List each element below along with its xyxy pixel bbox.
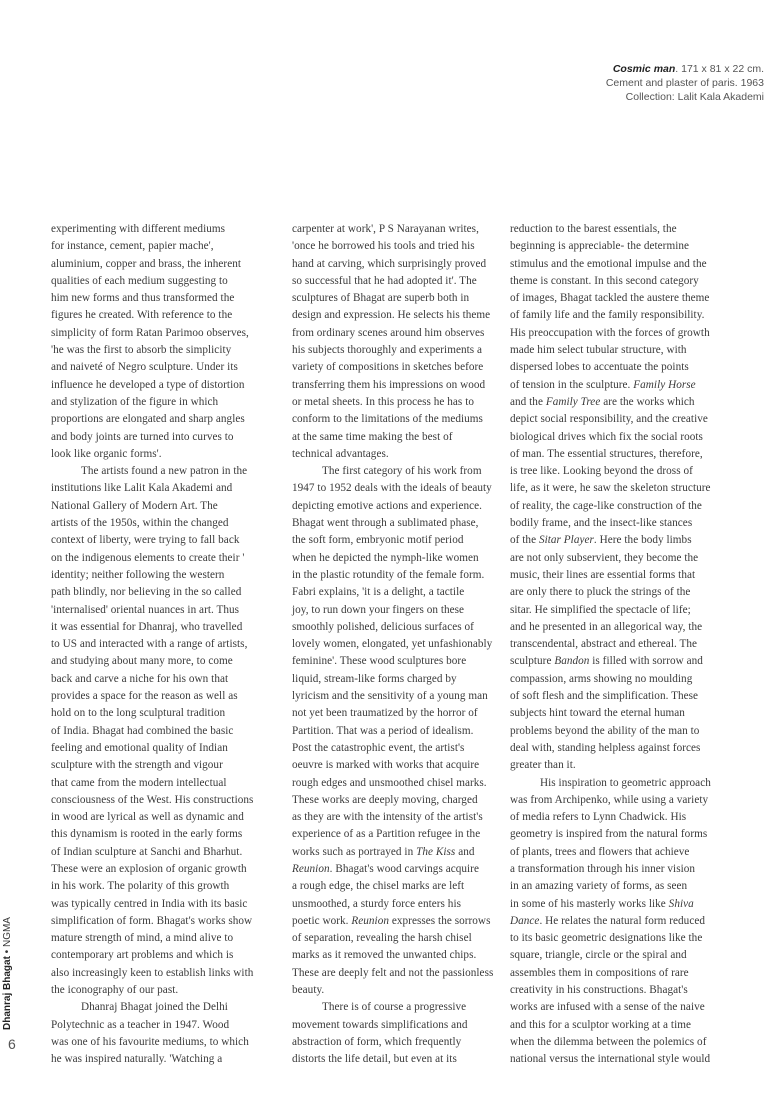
text-line: it was essential for Dhanraj, who travel… xyxy=(51,619,279,636)
text-line: of family life and the family responsibi… xyxy=(510,307,760,324)
text-line: His inspiration to geometric approach xyxy=(510,775,760,792)
text-line: problems beyond the ability of the man t… xyxy=(510,723,760,740)
text-line: figures he created. With reference to th… xyxy=(51,307,279,324)
text-line: carpenter at work', P S Narayanan writes… xyxy=(292,221,520,238)
text-line: and the Family Tree are the works which xyxy=(510,394,760,411)
text-line: 'internalised' oriental nuances in art. … xyxy=(51,602,279,619)
text-column-2: carpenter at work', P S Narayanan writes… xyxy=(292,221,520,1069)
text-run: expresses the sorrows xyxy=(389,915,490,927)
text-line: stimulus and the emotional impulse and t… xyxy=(510,256,760,273)
text-line: influence he developed a type of distort… xyxy=(51,377,279,394)
text-run: . He relates the natural form reduced xyxy=(539,915,705,927)
text-line: made him select tubular structure, with xyxy=(510,342,760,359)
text-line: compassion, arms showing no moulding xyxy=(510,671,760,688)
artwork-title-italic: The Kiss xyxy=(416,846,455,858)
text-line: technical advantages. xyxy=(292,446,520,463)
text-line: joy, to run down your fingers on these xyxy=(292,602,520,619)
text-line: when he depicted the nymph-like women xyxy=(292,550,520,567)
text-line: music, their lines are essential forms t… xyxy=(510,567,760,584)
text-line: Fabri explains, 'it is a delight, a tact… xyxy=(292,584,520,601)
text-line: and studying about many more, to come xyxy=(51,653,279,670)
text-line: path blindly, nor believing in the so ca… xyxy=(51,584,279,601)
text-run: and the xyxy=(510,396,546,408)
text-run: of tension in the sculpture. xyxy=(510,379,633,391)
text-line: The artists found a new patron in the xyxy=(51,463,279,480)
text-line: works such as portrayed in The Kiss and xyxy=(292,844,520,861)
text-line: transferring them his impressions on woo… xyxy=(292,377,520,394)
text-line: Post the catastrophic event, the artist'… xyxy=(292,740,520,757)
text-run: . Bhagat's wood carvings acquire xyxy=(330,863,479,875)
text-line: he was inspired naturally. 'Watching a xyxy=(51,1051,279,1068)
text-line: this dynamism is rooted in the early for… xyxy=(51,826,279,843)
artwork-title-italic: Sitar Player xyxy=(539,534,594,546)
text-line: national versus the international style … xyxy=(510,1051,760,1068)
text-line: consciousness of the West. His construct… xyxy=(51,792,279,809)
text-line: at the same time making the best of xyxy=(292,429,520,446)
text-line: bodily frame, and the insect-like stance… xyxy=(510,515,760,532)
text-line: of man. The essential structures, theref… xyxy=(510,446,760,463)
text-line: marks as it removed the unwanted chips. xyxy=(292,947,520,964)
text-column-1: experimenting with different mediumsfor … xyxy=(51,221,279,1069)
artwork-collection: Collection: Lalit Kala Akademi xyxy=(606,90,764,104)
text-line: in the plastic rotundity of the female f… xyxy=(292,567,520,584)
text-line: in an amazing variety of forms, as seen xyxy=(510,878,760,895)
text-line: greater than it. xyxy=(510,757,760,774)
text-line: a rough edge, the chisel marks are left xyxy=(292,878,520,895)
text-line: and body joints are turned into curves t… xyxy=(51,429,279,446)
text-line: assembles them in compositions of rare xyxy=(510,965,760,982)
text-line: beauty. xyxy=(292,982,520,999)
artwork-title-italic: Shiva xyxy=(669,898,694,910)
text-line: design and expression. He selects his th… xyxy=(292,307,520,324)
text-line: rough edges and unsmoothed chisel marks. xyxy=(292,775,520,792)
text-run: works such as portrayed in xyxy=(292,846,416,858)
text-line: in wood are lyrical as well as dynamic a… xyxy=(51,809,279,826)
text-line: oeuvre is marked with works that acquire xyxy=(292,757,520,774)
text-line: These works are deeply moving, charged xyxy=(292,792,520,809)
text-line: in his work. The polarity of this growth xyxy=(51,878,279,895)
text-line: sculpture Bandon is filled with sorrow a… xyxy=(510,653,760,670)
text-line: square, triangle, circle or the spiral a… xyxy=(510,947,760,964)
text-run: sculpture xyxy=(510,655,554,667)
text-line: conform to the limitations of the medium… xyxy=(292,411,520,428)
text-line: 1947 to 1952 deals with the ideals of be… xyxy=(292,480,520,497)
text-line: The first category of his work from xyxy=(292,463,520,480)
text-line: of the Sitar Player. Here the body limbs xyxy=(510,532,760,549)
separator-bullet: • xyxy=(2,947,13,956)
text-line: of tension in the sculpture. Family Hors… xyxy=(510,377,760,394)
text-line: poetic work. Reunion expresses the sorro… xyxy=(292,913,520,930)
text-line: transcendental, abstract and ethereal. T… xyxy=(510,636,760,653)
text-line: distorts the life detail, but even at it… xyxy=(292,1051,520,1068)
text-line: also increasingly keen to establish link… xyxy=(51,965,279,982)
text-line: experimenting with different mediums xyxy=(51,221,279,238)
artwork-title-italic: Family Horse xyxy=(633,379,695,391)
text-line: to its basic geometric designations like… xyxy=(510,930,760,947)
text-line: look like organic forms'. xyxy=(51,446,279,463)
text-line: theme is constant. In this second catego… xyxy=(510,273,760,290)
text-line: experience of as a Partition refugee in … xyxy=(292,826,520,843)
text-line: identity; neither following the western xyxy=(51,567,279,584)
text-line: These were an explosion of organic growt… xyxy=(51,861,279,878)
text-line: back and carve a niche for his own that xyxy=(51,671,279,688)
text-line: is tree like. Looking beyond the dross o… xyxy=(510,463,760,480)
text-line: depict social responsibility, and the cr… xyxy=(510,411,760,428)
text-line: him new forms and thus transformed the xyxy=(51,290,279,307)
artwork-dimensions: . 171 x 81 x 22 cm. xyxy=(675,63,764,75)
text-line: proportions are elongated and sharp angl… xyxy=(51,411,279,428)
text-line: His preoccupation with the forces of gro… xyxy=(510,325,760,342)
artwork-title-italic: Reunion xyxy=(351,915,389,927)
text-line: of media refers to Lynn Chadwick. His xyxy=(510,809,760,826)
text-run: poetic work. xyxy=(292,915,351,927)
text-line: There is of course a progressive xyxy=(292,999,520,1016)
text-run: is filled with sorrow and xyxy=(589,655,702,667)
text-line: lovely women, elongated, yet unfashionab… xyxy=(292,636,520,653)
text-line: works are infused with a sense of the na… xyxy=(510,999,760,1016)
text-line: deal with, standing helpless against for… xyxy=(510,740,760,757)
text-line: not yet been traumatized by the horror o… xyxy=(292,705,520,722)
text-run: in some of his masterly works like xyxy=(510,898,669,910)
text-line: mature strength of mind, a mind alive to xyxy=(51,930,279,947)
text-line: 'he was the first to absorb the simplici… xyxy=(51,342,279,359)
text-line: and stylization of the figure in which xyxy=(51,394,279,411)
text-line: Dance. He relates the natural form reduc… xyxy=(510,913,760,930)
text-line: variety of compositions in sketches befo… xyxy=(292,359,520,376)
text-line: and this for a sculptor working at a tim… xyxy=(510,1017,760,1034)
text-line: feeling and emotional quality of Indian xyxy=(51,740,279,757)
page-number: 6 xyxy=(8,1036,16,1052)
caption-title-line: Cosmic man. 171 x 81 x 22 cm. xyxy=(606,62,764,76)
text-line: are not only subservient, they become th… xyxy=(510,550,760,567)
figure-caption: Cosmic man. 171 x 81 x 22 cm. Cement and… xyxy=(606,62,764,104)
text-line: dispersed lobes to accentuate the points xyxy=(510,359,760,376)
artwork-title-italic: Bandon xyxy=(554,655,589,667)
text-line: simplicity of form Ratan Parimoo observe… xyxy=(51,325,279,342)
text-line: lyricism and the sensitivity of a young … xyxy=(292,688,520,705)
artwork-title-italic: Reunion xyxy=(292,863,330,875)
text-line: subjects hint toward the eternal human xyxy=(510,705,760,722)
artwork-medium: Cement and plaster of paris. 1963 xyxy=(606,76,764,90)
text-line: the soft form, embryonic motif period xyxy=(292,532,520,549)
text-line: geometry is inspired from the natural fo… xyxy=(510,826,760,843)
text-line: feminine'. These wood sculptures bore xyxy=(292,653,520,670)
text-line: Polytechnic as a teacher in 1947. Wood xyxy=(51,1017,279,1034)
text-line: for instance, cement, papier mache', xyxy=(51,238,279,255)
publisher-name: NGMA xyxy=(2,917,13,947)
text-line: liquid, stream-like forms charged by xyxy=(292,671,520,688)
artist-name: Dhanraj Bhagat xyxy=(2,956,13,1030)
text-line: the iconography of our past. xyxy=(51,982,279,999)
text-line: sculptures of Bhagat are superb both in xyxy=(292,290,520,307)
text-line: of plants, trees and flowers that achiev… xyxy=(510,844,760,861)
text-line: was typically centred in India with its … xyxy=(51,896,279,913)
text-line: as they are with the intensity of the ar… xyxy=(292,809,520,826)
text-line: sitar. He simplified the spectacle of li… xyxy=(510,602,760,619)
text-line: provides a space for the reason as well … xyxy=(51,688,279,705)
text-line: depicting emotive actions and experience… xyxy=(292,498,520,515)
artwork-title-italic: Family Tree xyxy=(546,396,601,408)
text-line: of India. Bhagat had combined the basic xyxy=(51,723,279,740)
text-line: and he presented in an allegorical way, … xyxy=(510,619,760,636)
text-line: National Gallery of Modern Art. The xyxy=(51,498,279,515)
text-line: Dhanraj Bhagat joined the Delhi xyxy=(51,999,279,1016)
text-line: context of liberty, were trying to fall … xyxy=(51,532,279,549)
text-line: his subjects thoroughly and experiments … xyxy=(292,342,520,359)
text-run: and xyxy=(455,846,474,858)
text-run: are the works which xyxy=(600,396,694,408)
text-line: so successful that he had adopted it'. T… xyxy=(292,273,520,290)
text-line: Partition. That was a period of idealism… xyxy=(292,723,520,740)
text-line: in some of his masterly works like Shiva xyxy=(510,896,760,913)
text-run: . Here the body limbs xyxy=(594,534,692,546)
text-line: 'once he borrowed his tools and tried hi… xyxy=(292,238,520,255)
text-line: hold on to the long sculptural tradition xyxy=(51,705,279,722)
text-line: of reality, the cage-like construction o… xyxy=(510,498,760,515)
text-line: institutions like Lalit Kala Akademi and xyxy=(51,480,279,497)
text-line: on the indigenous elements to create the… xyxy=(51,550,279,567)
text-line: of soft flesh and the simplification. Th… xyxy=(510,688,760,705)
text-line: biological drives which fix the social r… xyxy=(510,429,760,446)
text-line: contemporary art problems and which is xyxy=(51,947,279,964)
artwork-title-italic: Dance xyxy=(510,915,539,927)
text-line: when the dilemma between the polemics of xyxy=(510,1034,760,1051)
text-line: Bhagat went through a sublimated phase, xyxy=(292,515,520,532)
artwork-title: Cosmic man xyxy=(613,63,675,75)
text-line: are only there to pluck the strings of t… xyxy=(510,584,760,601)
text-line: creativity in his constructions. Bhagat'… xyxy=(510,982,760,999)
text-line: life, as it were, he saw the skeleton st… xyxy=(510,480,760,497)
text-line: and naiveté of Negro sculpture. Under it… xyxy=(51,359,279,376)
text-line: aluminium, copper and brass, the inheren… xyxy=(51,256,279,273)
text-line: that came from the modern intellectual xyxy=(51,775,279,792)
text-line: a transformation through his inner visio… xyxy=(510,861,760,878)
text-line: beginning is appreciable- the determine xyxy=(510,238,760,255)
text-line: movement towards simplifications and xyxy=(292,1017,520,1034)
text-line: to US and interacted with a range of art… xyxy=(51,636,279,653)
text-line: was from Archipenko, while using a varie… xyxy=(510,792,760,809)
text-line: reduction to the barest essentials, the xyxy=(510,221,760,238)
text-line: qualities of each medium suggesting to xyxy=(51,273,279,290)
text-line: unsmoothed, a sturdy force enters his xyxy=(292,896,520,913)
text-run: of the xyxy=(510,534,539,546)
text-line: from ordinary scenes around him observes xyxy=(292,325,520,342)
text-line: Reunion. Bhagat's wood carvings acquire xyxy=(292,861,520,878)
text-line: smoothly polished, delicious surfaces of xyxy=(292,619,520,636)
text-line: of separation, revealing the harsh chise… xyxy=(292,930,520,947)
text-line: simplification of form. Bhagat's works s… xyxy=(51,913,279,930)
text-line: or metal sheets. In this process he has … xyxy=(292,394,520,411)
text-line: of images, Bhagat tackled the austere th… xyxy=(510,290,760,307)
text-line: hand at carving, which surprisingly prov… xyxy=(292,256,520,273)
text-line: of Indian sculpture at Sanchi and Bharhu… xyxy=(51,844,279,861)
text-line: These are deeply felt and not the passio… xyxy=(292,965,520,982)
text-line: artists of the 1950s, within the changed xyxy=(51,515,279,532)
text-line: abstraction of form, which frequently xyxy=(292,1034,520,1051)
text-line: sculpture with the strength and vigour xyxy=(51,757,279,774)
text-column-3: reduction to the barest essentials, theb… xyxy=(510,221,760,1069)
text-line: was one of his favourite mediums, to whi… xyxy=(51,1034,279,1051)
